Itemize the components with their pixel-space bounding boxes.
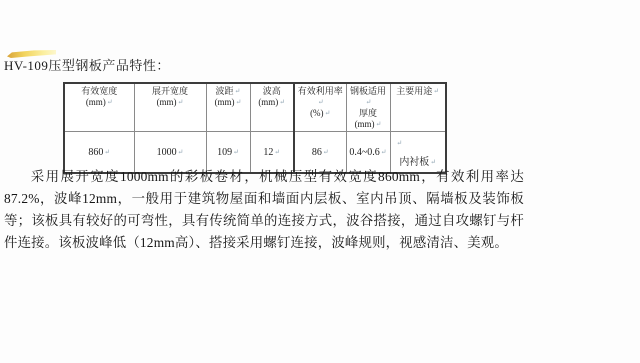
- return-mark-icon: ↵: [433, 87, 439, 95]
- return-mark-icon: ↵: [233, 148, 239, 156]
- return-mark-icon: ↵: [236, 98, 242, 106]
- header-label: 波高: [263, 86, 281, 96]
- col-header-unfolded-width: 展开宽度 (mm)↵: [134, 83, 206, 132]
- return-mark-icon: ↵: [274, 148, 280, 156]
- header-label: 波距: [216, 86, 234, 96]
- product-spec-table: 有效宽度 (mm)↵ 展开宽度 (mm)↵ 波距↵ (mm)↵ 波高 (mm)↵…: [63, 82, 447, 174]
- header-label: 主要用途: [396, 86, 432, 96]
- header-unit: (mm): [215, 97, 235, 107]
- return-mark-icon: ↵: [178, 148, 184, 156]
- return-mark-icon: ↵: [178, 98, 184, 106]
- cell-value: 12: [263, 147, 273, 158]
- col-header-utilization: 有效利用率↵ (%)↵: [294, 83, 346, 132]
- return-mark-icon: ↵: [376, 120, 382, 128]
- body-paragraph: 采用展开宽度1000mm的彩板卷材，机械压型有效宽度860mm，有效利用率达87…: [4, 166, 524, 254]
- col-header-wave-height: 波高 (mm)↵: [250, 83, 294, 132]
- cell-value: 860: [88, 147, 103, 158]
- header-unit: (mm): [86, 97, 106, 107]
- document-page: HV-109压型钢板产品特性： 有效宽度 (mm)↵ 展开宽度 (mm)↵ 波距…: [0, 0, 640, 363]
- return-mark-icon: ↵: [381, 148, 387, 156]
- cell-value: 109: [217, 147, 232, 158]
- header-unit: 厚度(mm): [355, 108, 377, 129]
- cell-value: 1000: [157, 147, 177, 158]
- header-label: 有效利用率: [298, 86, 343, 96]
- header-unit: (mm): [258, 97, 278, 107]
- header-unit: (mm): [157, 97, 177, 107]
- return-mark-icon: ↵: [430, 158, 436, 166]
- header-label: 钢板适用: [350, 86, 386, 96]
- header-label: 有效宽度: [81, 86, 117, 96]
- table-header-row: 有效宽度 (mm)↵ 展开宽度 (mm)↵ 波距↵ (mm)↵ 波高 (mm)↵…: [64, 83, 446, 132]
- return-mark-icon: ↵: [235, 87, 241, 95]
- col-header-main-use: 主要用途↵: [390, 83, 446, 132]
- return-mark-icon: ↵: [107, 98, 113, 106]
- return-mark-icon: ↵: [279, 98, 285, 106]
- return-mark-icon: ↵: [366, 98, 372, 106]
- page-title: HV-109压型钢板产品特性：: [4, 55, 170, 74]
- col-header-effective-width: 有效宽度 (mm)↵: [64, 83, 134, 132]
- return-mark-icon: ↵: [325, 109, 331, 117]
- header-unit: (%): [310, 108, 324, 118]
- cell-value: 0.4~0.6: [349, 147, 379, 158]
- col-header-wave-pitch: 波距↵ (mm)↵: [206, 83, 250, 132]
- col-header-plate-thickness: 钢板适用↵ 厚度(mm)↵: [346, 83, 390, 132]
- return-mark-icon: ↵: [393, 137, 445, 149]
- cell-value: 86: [312, 147, 322, 158]
- return-mark-icon: ↵: [104, 148, 110, 156]
- header-label: 展开宽度: [152, 86, 188, 96]
- return-mark-icon: ↵: [323, 148, 329, 156]
- return-mark-icon: ↵: [318, 98, 324, 106]
